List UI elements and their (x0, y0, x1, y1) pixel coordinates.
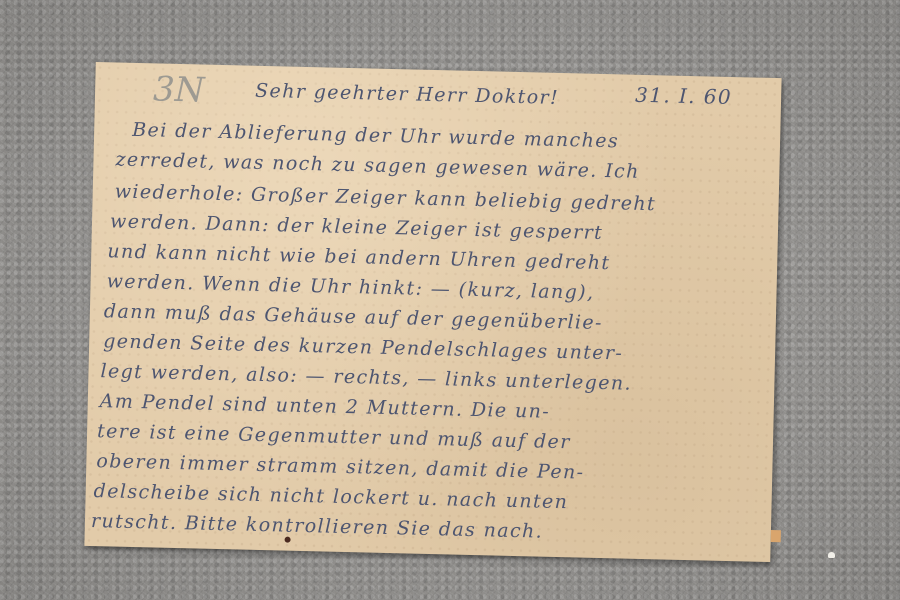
letter-line: rutscht. Bitte kontrollieren Sie das nac… (91, 512, 544, 542)
letter-line: wiederhole: Großer Zeiger kann beliebig … (115, 182, 657, 214)
salutation: Sehr geehrter Herr Doktor! (255, 82, 559, 108)
letter-line: delscheibe sich nicht lockert u. nach un… (93, 482, 568, 512)
letter-line: Am Pendel sind unten 2 Muttern. Die un- (100, 392, 551, 422)
letter-line: legt werden, also: — rechts, — links unt… (100, 362, 632, 394)
postcard: 3N Sehr geehrter Herr Doktor! 31. I. 60 … (84, 62, 781, 562)
letter-line: und kann nicht wie bei andern Uhren gedr… (107, 242, 611, 273)
pencil-mark: 3N (153, 69, 205, 110)
letter-line: zerredet, was noch zu sagen gewesen wäre… (115, 150, 640, 181)
letter-line: werden. Dann: der kleine Zeiger ist gesp… (110, 212, 604, 243)
paper-chip (771, 530, 781, 542)
letter-line: genden Seite des kurzen Pendelschlages u… (103, 332, 623, 363)
letter-line: dann muß das Gehäuse auf der gegenüberli… (104, 302, 603, 333)
letter-line: Bei der Ablieferung der Uhr wurde manche… (132, 121, 619, 151)
felt-fleck (828, 552, 835, 558)
letter-line: oberen immer stramm sitzen, damit die Pe… (96, 452, 585, 482)
letter-line: tere ist eine Gegenmutter und muß auf de… (97, 422, 571, 452)
ink-spot (285, 537, 291, 543)
date: 31. I. 60 (635, 85, 732, 107)
letter-line: werden. Wenn die Uhr hinkt: — (kurz, lan… (106, 272, 594, 302)
